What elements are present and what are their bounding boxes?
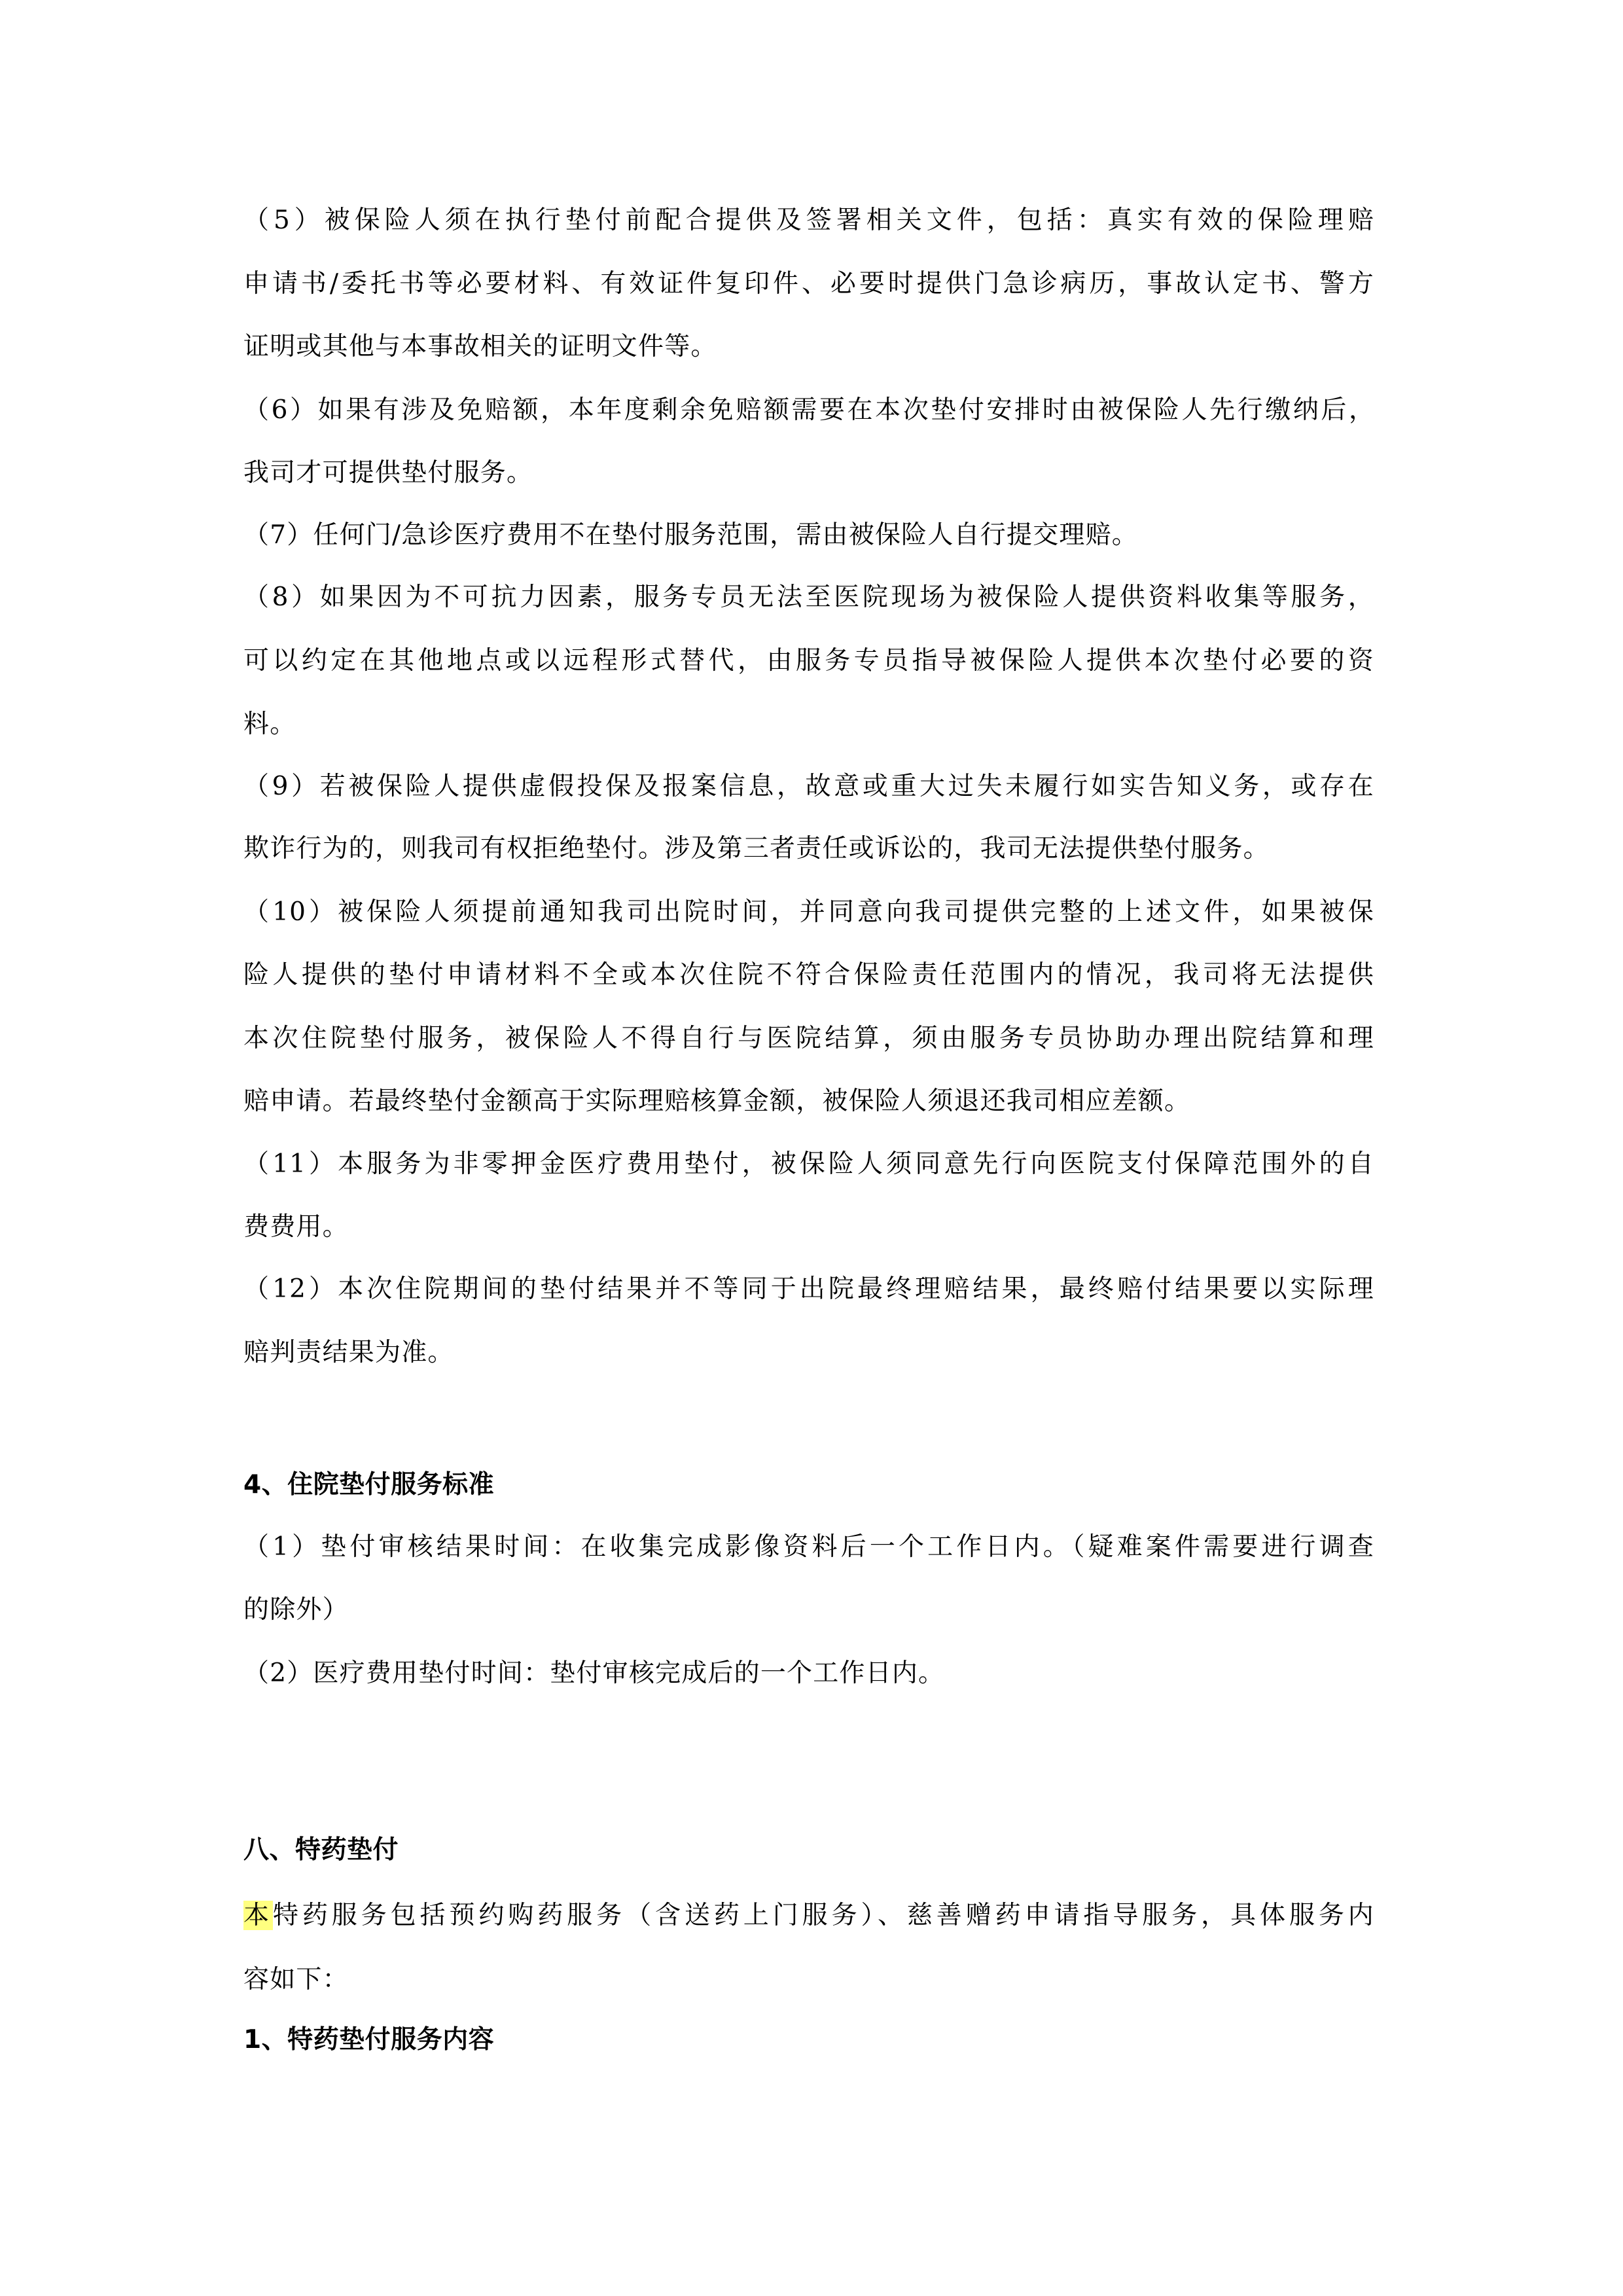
item-9-line-1: （9）若被保险人提供虚假投保及报案信息，故意或重大过失未履行如实告知义务，或存在: [243, 770, 1374, 803]
item-12-line-1: （12）本次住院期间的垫付结果并不等同于出院最终理赔结果，最终赔付结果要以实际理: [243, 1273, 1374, 1306]
highlighted-text: 本: [243, 1901, 273, 1930]
item-11-line-1: （11）本服务为非零押金医疗费用垫付，被保险人须同意先行向医院支付保障范围外的自: [243, 1148, 1374, 1181]
item-10-line-1: （10）被保险人须提前通知我司出院时间，并同意向我司提供完整的上述文件，如果被保: [243, 896, 1374, 929]
intro-text: 特药服务包括预约购药服务（含送药上门服务）、慈善赠药申请指导服务，具体服务内: [273, 1901, 1374, 1930]
item-6-line-1: （6）如果有涉及免赔额，本年度剩余免赔额需要在本次垫付安排时由被保险人先行缴纳后…: [243, 394, 1374, 427]
section-4-heading: 4、住院垫付服务标准: [243, 1469, 1374, 1501]
item-8-line-3: 料。: [243, 708, 1374, 741]
document-page: （5）被保险人须在执行垫付前配合提供及签署相关文件，包括：真实有效的保险理赔 申…: [0, 0, 1623, 2296]
item-5-line-3: 证明或其他与本事故相关的证明文件等。: [243, 331, 1374, 363]
item-12-line-2: 赔判责结果为准。: [243, 1336, 1374, 1369]
item-5-line-1: （5）被保险人须在执行垫付前配合提供及签署相关文件，包括：真实有效的保险理赔: [243, 204, 1374, 237]
item-5-line-2: 申请书/委托书等必要材料、有效证件复印件、必要时提供门急诊病历，事故认定书、警方: [243, 268, 1374, 300]
item-10-line-3: 本次住院垫付服务，被保险人不得自行与医院结算，须由服务专员协助办理出院结算和理: [243, 1022, 1374, 1055]
section-4-item-2-line-1: （2）医疗费用垫付时间：垫付审核完成后的一个工作日内。: [243, 1657, 1374, 1690]
chapter-8-intro-line-2: 容如下：: [243, 1964, 1374, 1996]
chapter-8-subheading: 1、特药垫付服务内容: [243, 2024, 1374, 2056]
item-8-line-2: 可以约定在其他地点或以远程形式替代，由服务专员指导被保险人提供本次垫付必要的资: [243, 645, 1374, 677]
section-4-item-1-line-2: 的除外）: [243, 1594, 1374, 1626]
section-4-item-1-line-1: （1）垫付审核结果时间：在收集完成影像资料后一个工作日内。（疑难案件需要进行调查: [243, 1531, 1374, 1564]
item-10-line-4: 赔申请。若最终垫付金额高于实际理赔核算金额，被保险人须退还我司相应差额。: [243, 1085, 1374, 1118]
item-6-line-2: 我司才可提供垫付服务。: [243, 457, 1374, 490]
item-10-line-2: 险人提供的垫付申请材料不全或本次住院不符合保险责任范围内的情况，我司将无法提供: [243, 959, 1374, 992]
chapter-8-intro-line-1: 本特药服务包括预约购药服务（含送药上门服务）、慈善赠药申请指导服务，具体服务内: [243, 1899, 1374, 1932]
item-8-line-1: （8）如果因为不可抗力因素，服务专员无法至医院现场为被保险人提供资料收集等服务，: [243, 581, 1374, 614]
item-9-line-2: 欺诈行为的，则我司有权拒绝垫付。涉及第三者责任或诉讼的，我司无法提供垫付服务。: [243, 833, 1374, 865]
item-11-line-2: 费费用。: [243, 1211, 1374, 1244]
chapter-8-heading: 八、特药垫付: [243, 1834, 1374, 1867]
item-7-line-1: （7）任何门/急诊医疗费用不在垫付服务范围，需由被保险人自行提交理赔。: [243, 519, 1374, 552]
